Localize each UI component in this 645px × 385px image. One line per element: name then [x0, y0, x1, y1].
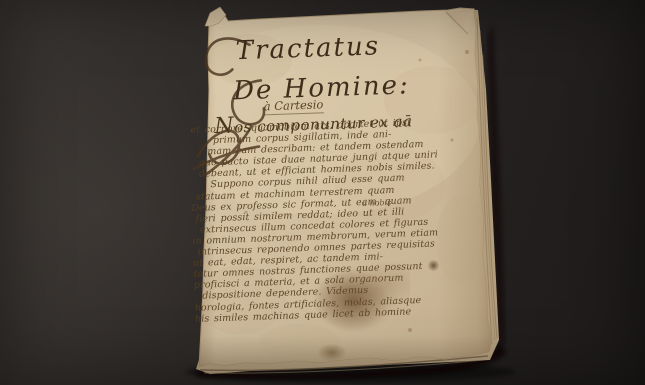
front-page [0, 0, 645, 385]
photo-background: Tractatus De Homine: à Cartesio Nos comp… [0, 0, 645, 385]
manuscript-photo [0, 0, 645, 385]
